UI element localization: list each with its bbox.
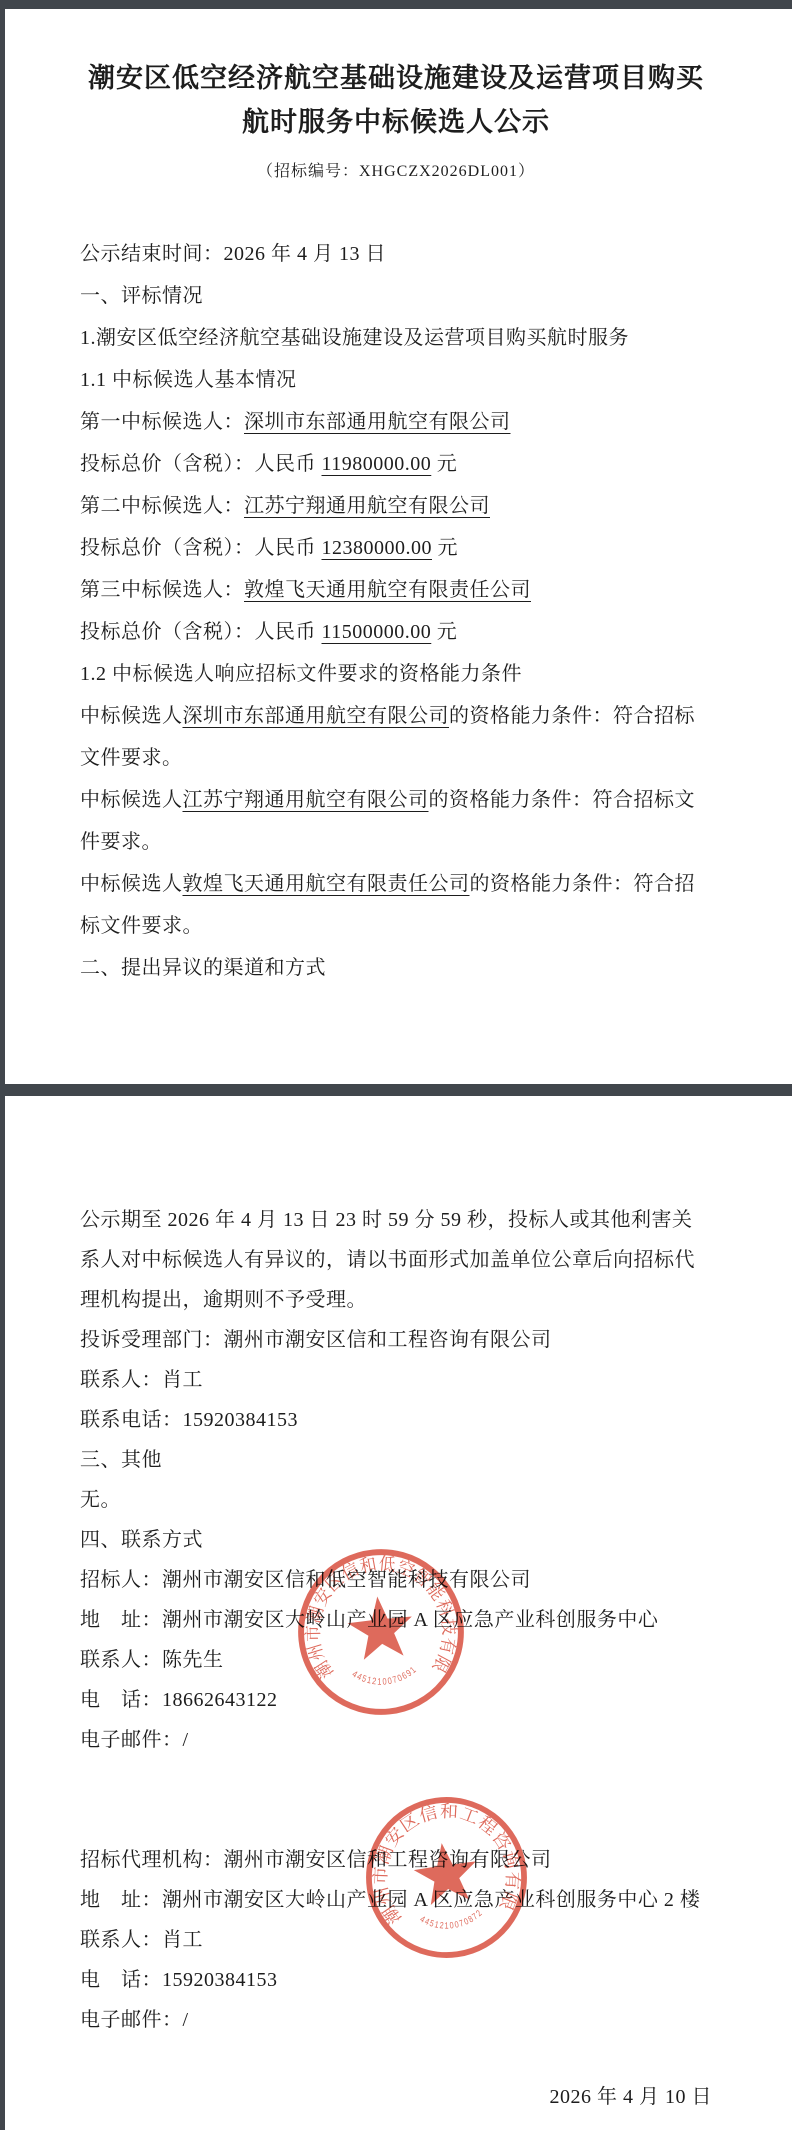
- text-segment: 联系人：陈先生: [80, 1649, 224, 1671]
- text-segment: 中标候选人: [80, 789, 183, 811]
- text-line: 第二中标候选人：江苏宁翔通用航空有限公司: [80, 485, 752, 527]
- text-line: 投标总价（含税）：人民币 11980000.00 元: [80, 443, 752, 485]
- text-line: 件要求。: [80, 821, 752, 863]
- text-segment: 标文件要求。: [80, 915, 203, 937]
- text-segment: 元: [432, 537, 458, 559]
- text-line: 三、其他: [80, 1440, 752, 1480]
- text-line: 联系人：肖工: [80, 1360, 752, 1400]
- text-segment: 无。: [80, 1489, 121, 1511]
- text-line: 联系电话：15920384153: [80, 1400, 752, 1440]
- underlined-text: 深圳市东部通用航空有限公司: [244, 411, 511, 433]
- text-line: 1.潮安区低空经济航空基础设施建设及运营项目购买航时服务: [80, 317, 752, 359]
- text-line: [80, 1760, 752, 1800]
- underlined-text: 敦煌飞天通用航空有限责任公司: [183, 873, 470, 895]
- text-segment: 的资格能力条件：符合招标: [449, 705, 695, 727]
- text-line: 公示结束时间：2026 年 4 月 13 日: [80, 233, 752, 275]
- text-segment: 投标总价（含税）：人民币: [80, 453, 322, 475]
- text-segment: 的资格能力条件：符合招标文: [429, 789, 696, 811]
- text-segment: 公示结束时间：2026 年 4 月 13 日: [80, 243, 386, 265]
- text-segment: 电子邮件：/: [80, 1729, 189, 1751]
- text-line: 投诉受理部门：潮州市潮安区信和工程咨询有限公司: [80, 1320, 752, 1360]
- text-line: 中标候选人江苏宁翔通用航空有限公司的资格能力条件：符合招标文: [80, 779, 752, 821]
- text-line: 第一中标候选人：深圳市东部通用航空有限公司: [80, 401, 752, 443]
- text-segment: 四、联系方式: [80, 1529, 203, 1551]
- underlined-text: 江苏宁翔通用航空有限公司: [244, 495, 490, 517]
- underlined-text: 深圳市东部通用航空有限公司: [183, 705, 450, 727]
- underlined-text: 敦煌飞天通用航空有限责任公司: [244, 579, 531, 601]
- page-1: 潮安区低空经济航空基础设施建设及运营项目购买 航时服务中标候选人公示 （招标编号…: [0, 9, 792, 989]
- text-line: 电子邮件：/: [80, 1720, 752, 1760]
- text-line: 中标候选人敦煌飞天通用航空有限责任公司的资格能力条件：符合招: [80, 863, 752, 905]
- text-segment: 投标总价（含税）：人民币: [80, 537, 322, 559]
- official-seal-agency: 潮州市潮安区信和工程咨询有限公司 4451210070872: [353, 1784, 539, 1970]
- text-segment: 二、提出异议的渠道和方式: [80, 957, 326, 979]
- text-segment: 1.2 中标候选人响应招标文件要求的资格能力条件: [80, 663, 522, 685]
- text-segment: 三、其他: [80, 1449, 162, 1471]
- text-line: 二、提出异议的渠道和方式: [80, 947, 752, 989]
- seal-number: 4451210070872: [417, 1905, 486, 1934]
- text-segment: 文件要求。: [80, 747, 183, 769]
- text-segment: 的资格能力条件：符合招: [470, 873, 696, 895]
- doc-title-line2: 航时服务中标候选人公示: [0, 100, 792, 144]
- text-line: 1.1 中标候选人基本情况: [80, 359, 752, 401]
- text-line: 无。: [80, 1480, 752, 1520]
- page1-body: 公示结束时间：2026 年 4 月 13 日一、评标情况1.潮安区低空经济航空基…: [80, 233, 752, 989]
- text-line: 标文件要求。: [80, 905, 752, 947]
- underlined-text: 11500000.00: [322, 621, 432, 643]
- text-segment: 1.潮安区低空经济航空基础设施建设及运营项目购买航时服务: [80, 327, 629, 349]
- viewer-top-edge: [0, 0, 792, 9]
- text-segment: 联系电话：15920384153: [80, 1409, 298, 1431]
- doc-date: 2026 年 4 月 10 日: [0, 2080, 712, 2109]
- text-segment: 第二中标候选人：: [80, 495, 244, 517]
- text-segment: 中标候选人: [80, 705, 183, 727]
- text-segment: 元: [431, 453, 457, 475]
- text-line: 第三中标候选人：敦煌飞天通用航空有限责任公司: [80, 569, 752, 611]
- text-line: 投标总价（含税）：人民币 11500000.00 元: [80, 611, 752, 653]
- underlined-text: 江苏宁翔通用航空有限公司: [183, 789, 429, 811]
- text-line: 一、评标情况: [80, 275, 752, 317]
- text-line: 电子邮件：/: [80, 2000, 752, 2040]
- text-line: 公示期至 2026 年 4 月 13 日 23 时 59 分 59 秒，投标人或…: [80, 1200, 752, 1240]
- page-2: 公示期至 2026 年 4 月 13 日 23 时 59 分 59 秒，投标人或…: [0, 1096, 792, 2147]
- text-segment: 元: [431, 621, 457, 643]
- text-segment: 1.1 中标候选人基本情况: [80, 369, 297, 391]
- text-segment: 系人对中标候选人有异议的，请以书面形式加盖单位公章后向招标代: [80, 1249, 695, 1271]
- doc-title-line1: 潮安区低空经济航空基础设施建设及运营项目购买: [0, 56, 792, 100]
- text-line: 投标总价（含税）：人民币 12380000.00 元: [80, 527, 752, 569]
- text-segment: 理机构提出，逾期则不予受理。: [80, 1289, 367, 1311]
- text-segment: 联系人：肖工: [80, 1929, 203, 1951]
- viewer-left-edge: [0, 0, 5, 2130]
- underlined-text: 11980000.00: [322, 453, 432, 475]
- underlined-text: 12380000.00: [322, 537, 433, 559]
- text-line: 文件要求。: [80, 737, 752, 779]
- text-line: 电 话：15920384153: [80, 1960, 752, 2000]
- text-segment: 一、评标情况: [80, 285, 203, 307]
- doc-subtitle: （招标编号：XHGCZX2026DL001）: [0, 158, 792, 181]
- text-segment: 电子邮件：/: [80, 2009, 189, 2031]
- text-segment: 投标总价（含税）：人民币: [80, 621, 322, 643]
- text-segment: 电 话：15920384153: [80, 1969, 278, 1991]
- text-line: 系人对中标候选人有异议的，请以书面形式加盖单位公章后向招标代: [80, 1240, 752, 1280]
- document-viewer: { "document": { "title_line1": "潮安区低空经济航…: [0, 0, 792, 2147]
- seal-star-icon: [411, 1839, 481, 1907]
- page-separator: [0, 1084, 792, 1096]
- text-line: 1.2 中标候选人响应招标文件要求的资格能力条件: [80, 653, 752, 695]
- text-segment: 联系人：肖工: [80, 1369, 203, 1391]
- text-segment: 件要求。: [80, 831, 162, 853]
- seal-number: 4451210070691: [350, 1662, 420, 1690]
- text-segment: 第三中标候选人：: [80, 579, 244, 601]
- text-line: 中标候选人深圳市东部通用航空有限公司的资格能力条件：符合招标: [80, 695, 752, 737]
- official-seal-tenderer: 潮州市潮安区信和低空智能科技有限公司 4451210070691: [287, 1536, 474, 1729]
- text-segment: 电 话：18662643122: [80, 1689, 278, 1711]
- text-line: 理机构提出，逾期则不予受理。: [80, 1280, 752, 1320]
- text-segment: 公示期至 2026 年 4 月 13 日 23 时 59 分 59 秒，投标人或…: [80, 1209, 693, 1231]
- seal-star-icon: [345, 1593, 416, 1661]
- text-segment: 中标候选人: [80, 873, 183, 895]
- text-segment: 第一中标候选人：: [80, 411, 244, 433]
- text-segment: 投诉受理部门：潮州市潮安区信和工程咨询有限公司: [80, 1329, 552, 1351]
